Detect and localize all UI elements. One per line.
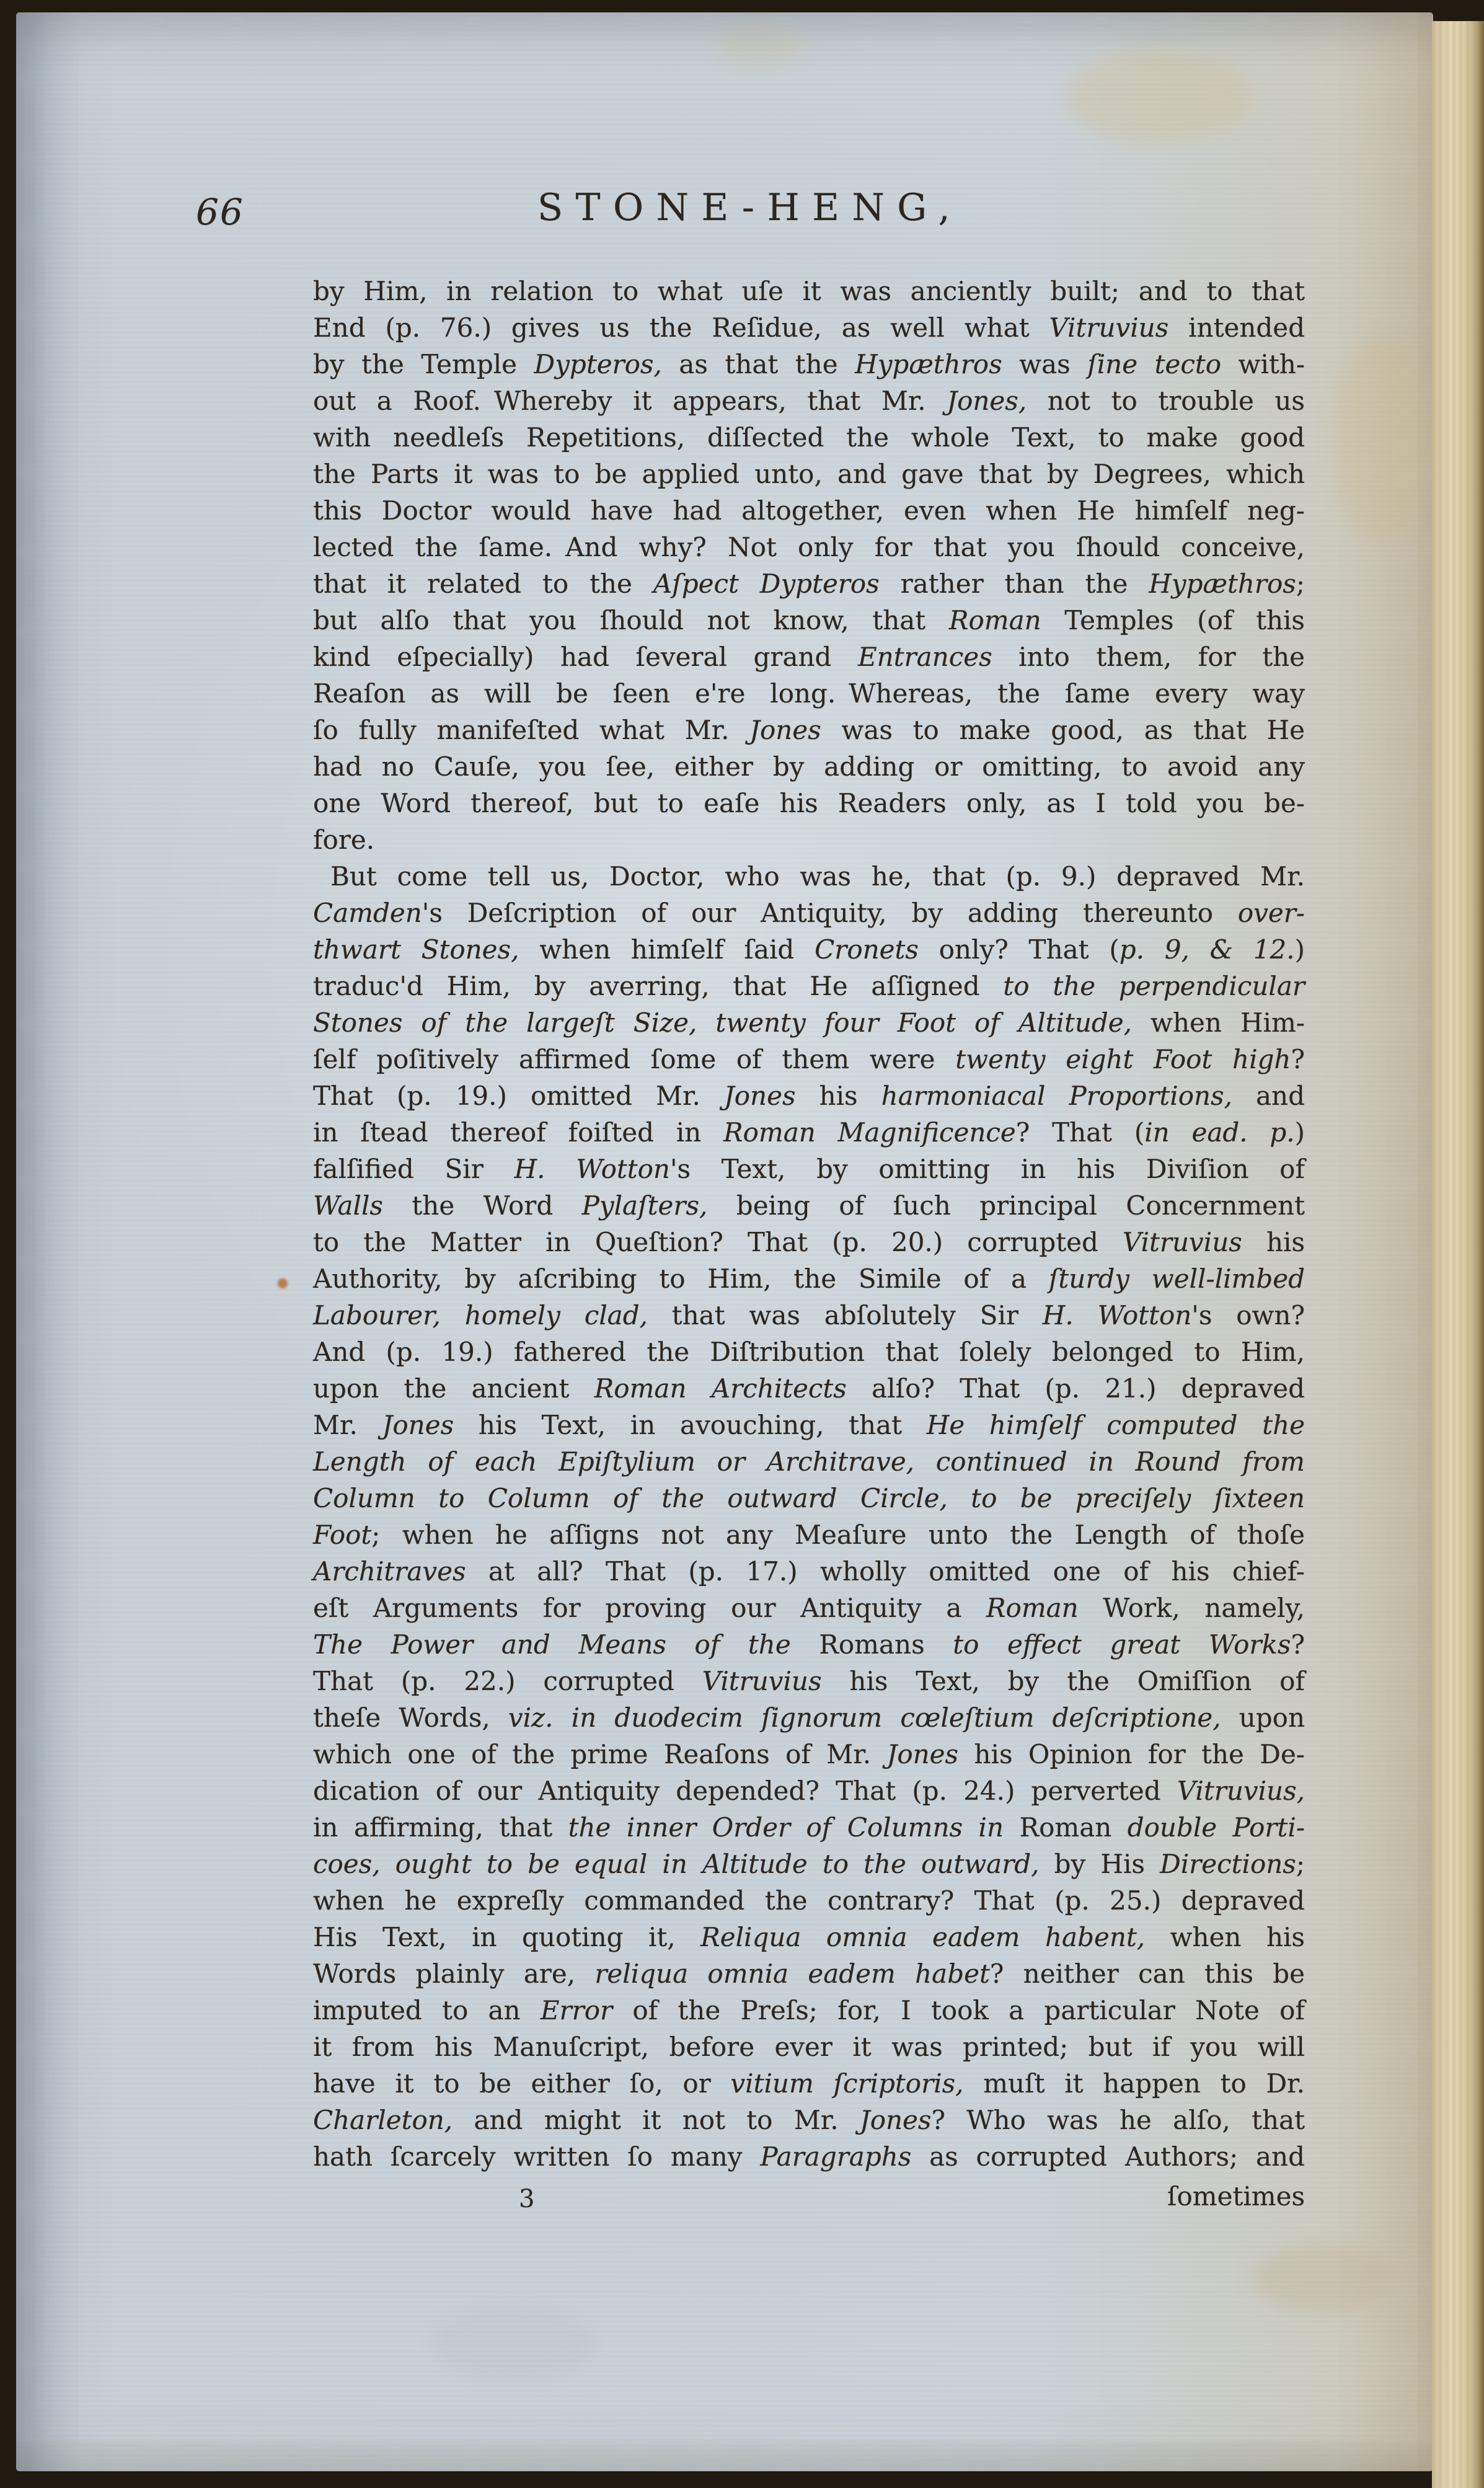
body-text: by Him, in relation to what uſe it was a…: [313, 273, 1305, 2175]
text-line: Length of each Epiſtylium or Architrave,…: [313, 1443, 1305, 1480]
text-line: Camden's Deſcription of our Antiquity, b…: [313, 895, 1305, 931]
text-line: Charleton, and might it not to Mr. Jones…: [313, 2102, 1305, 2138]
text-line: fore.: [313, 821, 1305, 858]
text-line: dication of our Antiquity depended? That…: [313, 1773, 1305, 1809]
text-line: the Parts it was to be applied unto, and…: [313, 456, 1305, 492]
text-line: hath ſcarcely written ſo many Paragraphs…: [313, 2138, 1305, 2175]
text-line: The Power and Means of the Romans to eff…: [313, 1626, 1305, 1663]
page-footer: 3 ſometimes: [313, 2181, 1305, 2225]
text-line: coes, ought to be equal in Altitude to t…: [313, 1846, 1305, 1882]
text-line: have it to be either ſo, or vitium ſcrip…: [313, 2065, 1305, 2102]
text-line: out a Roof. Whereby it appears, that Mr.…: [313, 383, 1305, 419]
text-line: Foot; when he aſſigns not any Meaſure un…: [313, 1516, 1305, 1553]
text-line: eſt Arguments for proving our Antiquity …: [313, 1590, 1305, 1626]
page-number: 66: [196, 191, 244, 233]
text-line: when he expreſly commanded the contrary?…: [313, 1882, 1305, 1919]
text-line: Authority, by aſcribing to Him, the Simi…: [313, 1260, 1305, 1297]
text-line: it from his Manuſcript, before ever it w…: [313, 2029, 1305, 2065]
text-line: in ſtead thereof foiſted in Roman Magnif…: [313, 1114, 1305, 1151]
text-line: That (p. 19.) omitted Mr. Jones his harm…: [313, 1078, 1305, 1114]
text-line: Mr. Jones his Text, in avouching, that H…: [313, 1407, 1305, 1443]
text-line: But come tell us, Doctor, who was he, th…: [313, 858, 1305, 895]
signature-mark: 3: [519, 2185, 534, 2213]
text-line: which one of the prime Reaſons of Mr. Jo…: [313, 1736, 1305, 1773]
text-line: Reaſon as will be ſeen e're long. Wherea…: [313, 675, 1305, 712]
text-line: His Text, in quoting it, Reliqua omnia e…: [313, 1919, 1305, 1955]
text-line: with needleſs Repetitions, diſſected the…: [313, 419, 1305, 456]
text-line: one Word thereof, but to eaſe his Reader…: [313, 785, 1305, 821]
text-line: by the Temple Dypteros, as that the Hypæ…: [313, 346, 1305, 383]
text-line: upon the ancient Roman Architects alſo? …: [313, 1370, 1305, 1407]
catchword: ſometimes: [1167, 2181, 1305, 2211]
text-line: but alſo that you ſhould not know, that …: [313, 602, 1305, 639]
text-line: ſo fully manifeſted what Mr. Jones was t…: [313, 712, 1305, 748]
text-line: That (p. 22.) corrupted Vitruvius his Te…: [313, 1663, 1305, 1699]
text-line: And (p. 19.) fathered the Diſtribution t…: [313, 1334, 1305, 1370]
text-line: theſe Words, viz. in duodecim ſignorum c…: [313, 1699, 1305, 1736]
text-line: End (p. 76.) gives us the Reſidue, as we…: [313, 309, 1305, 346]
text-line: to the Matter in Queſtion? That (p. 20.)…: [313, 1224, 1305, 1260]
running-title: STONE-HENG,: [313, 186, 1187, 229]
text-line: by Him, in relation to what uſe it was a…: [313, 273, 1305, 309]
text-line: that it related to the Aſpect Dypteros r…: [313, 565, 1305, 602]
text-line: Column to Column of the outward Circle, …: [313, 1480, 1305, 1516]
text-line: had no Cauſe, you ſee, either by adding …: [313, 748, 1305, 785]
text-line: Walls the Word Pylaſters, being of ſuch …: [313, 1187, 1305, 1224]
text-line: Stones of the largeſt Size, twenty four …: [313, 1004, 1305, 1041]
text-line: thwart Stones, when himſelf ſaid Cronets…: [313, 931, 1305, 968]
book-fore-edge: [1432, 21, 1484, 2488]
text-line: lected the ſame. And why? Not only for t…: [313, 529, 1305, 565]
text-line: kind eſpecially) had ſeveral grand Entra…: [313, 639, 1305, 675]
text-line: Labourer, homely clad, that was abſolute…: [313, 1297, 1305, 1334]
text-line: ſelf poſitively affirmed ſome of them we…: [313, 1041, 1305, 1078]
text-line: Architraves at all? That (p. 17.) wholly…: [313, 1553, 1305, 1590]
text-line: traduc'd Him, by averring, that He aſſig…: [313, 968, 1305, 1004]
text-line: this Doctor would have had altogether, e…: [313, 492, 1305, 529]
text-line: in affirming, that the inner Order of Co…: [313, 1809, 1305, 1846]
scanned-book-photo: { "page": { "number": "66", "running_tit…: [0, 0, 1484, 2488]
text-line: Words plainly are, reliqua omnia eadem h…: [313, 1955, 1305, 1992]
text-line: imputed to an Error of the Preſs; for, I…: [313, 1992, 1305, 2029]
text-line: falſified Sir H. Wotton's Text, by omitt…: [313, 1151, 1305, 1187]
